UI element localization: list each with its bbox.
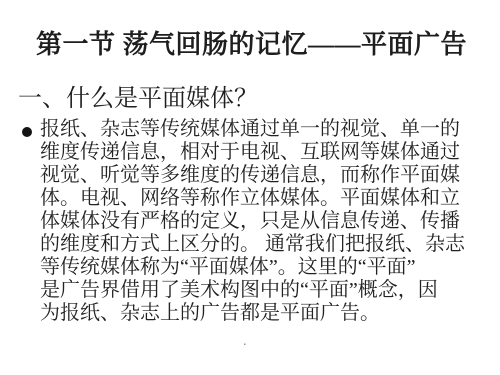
text-line: 等传统媒体称为“平面媒体”。这里的“平面” [40, 256, 490, 279]
text-line: 报纸、杂志等传统媒体通过单一的视觉、单一的 [40, 118, 490, 141]
text-line: 体媒体没有严格的定义，只是从信息传递、传播 [40, 210, 490, 233]
bullet-text: 报纸、杂志等传统媒体通过单一的视觉、单一的维度传递信息，相对于电视、互联网等媒体… [40, 118, 490, 325]
slide: 第一节 荡气回肠的记忆——平面广告 一、什么是平面媒体？ 报纸、杂志等传统媒体通… [0, 0, 500, 375]
text-line: 体。电视、网络等称作立体媒体。平面媒体和立 [40, 187, 490, 210]
bullet-icon [22, 127, 32, 137]
slide-title: 第一节 荡气回肠的记忆——平面广告 [36, 27, 467, 63]
text-line: 为报纸、杂志上的广告都是平面广告。 [40, 302, 490, 325]
section-heading: 一、什么是平面媒体？ [18, 84, 258, 114]
text-line: 视觉、听觉等多维度的传递信息，而称作平面媒 [40, 164, 490, 187]
caption-dot: . [243, 334, 247, 350]
text-line: 维度传递信息，相对于电视、互联网等媒体通过 [40, 141, 490, 164]
text-line: 的维度和方式上区分的。 通常我们把报纸、杂志 [40, 233, 490, 256]
text-line: 是广告界借用了美术构图中的“平面”概念，因 [40, 279, 490, 302]
